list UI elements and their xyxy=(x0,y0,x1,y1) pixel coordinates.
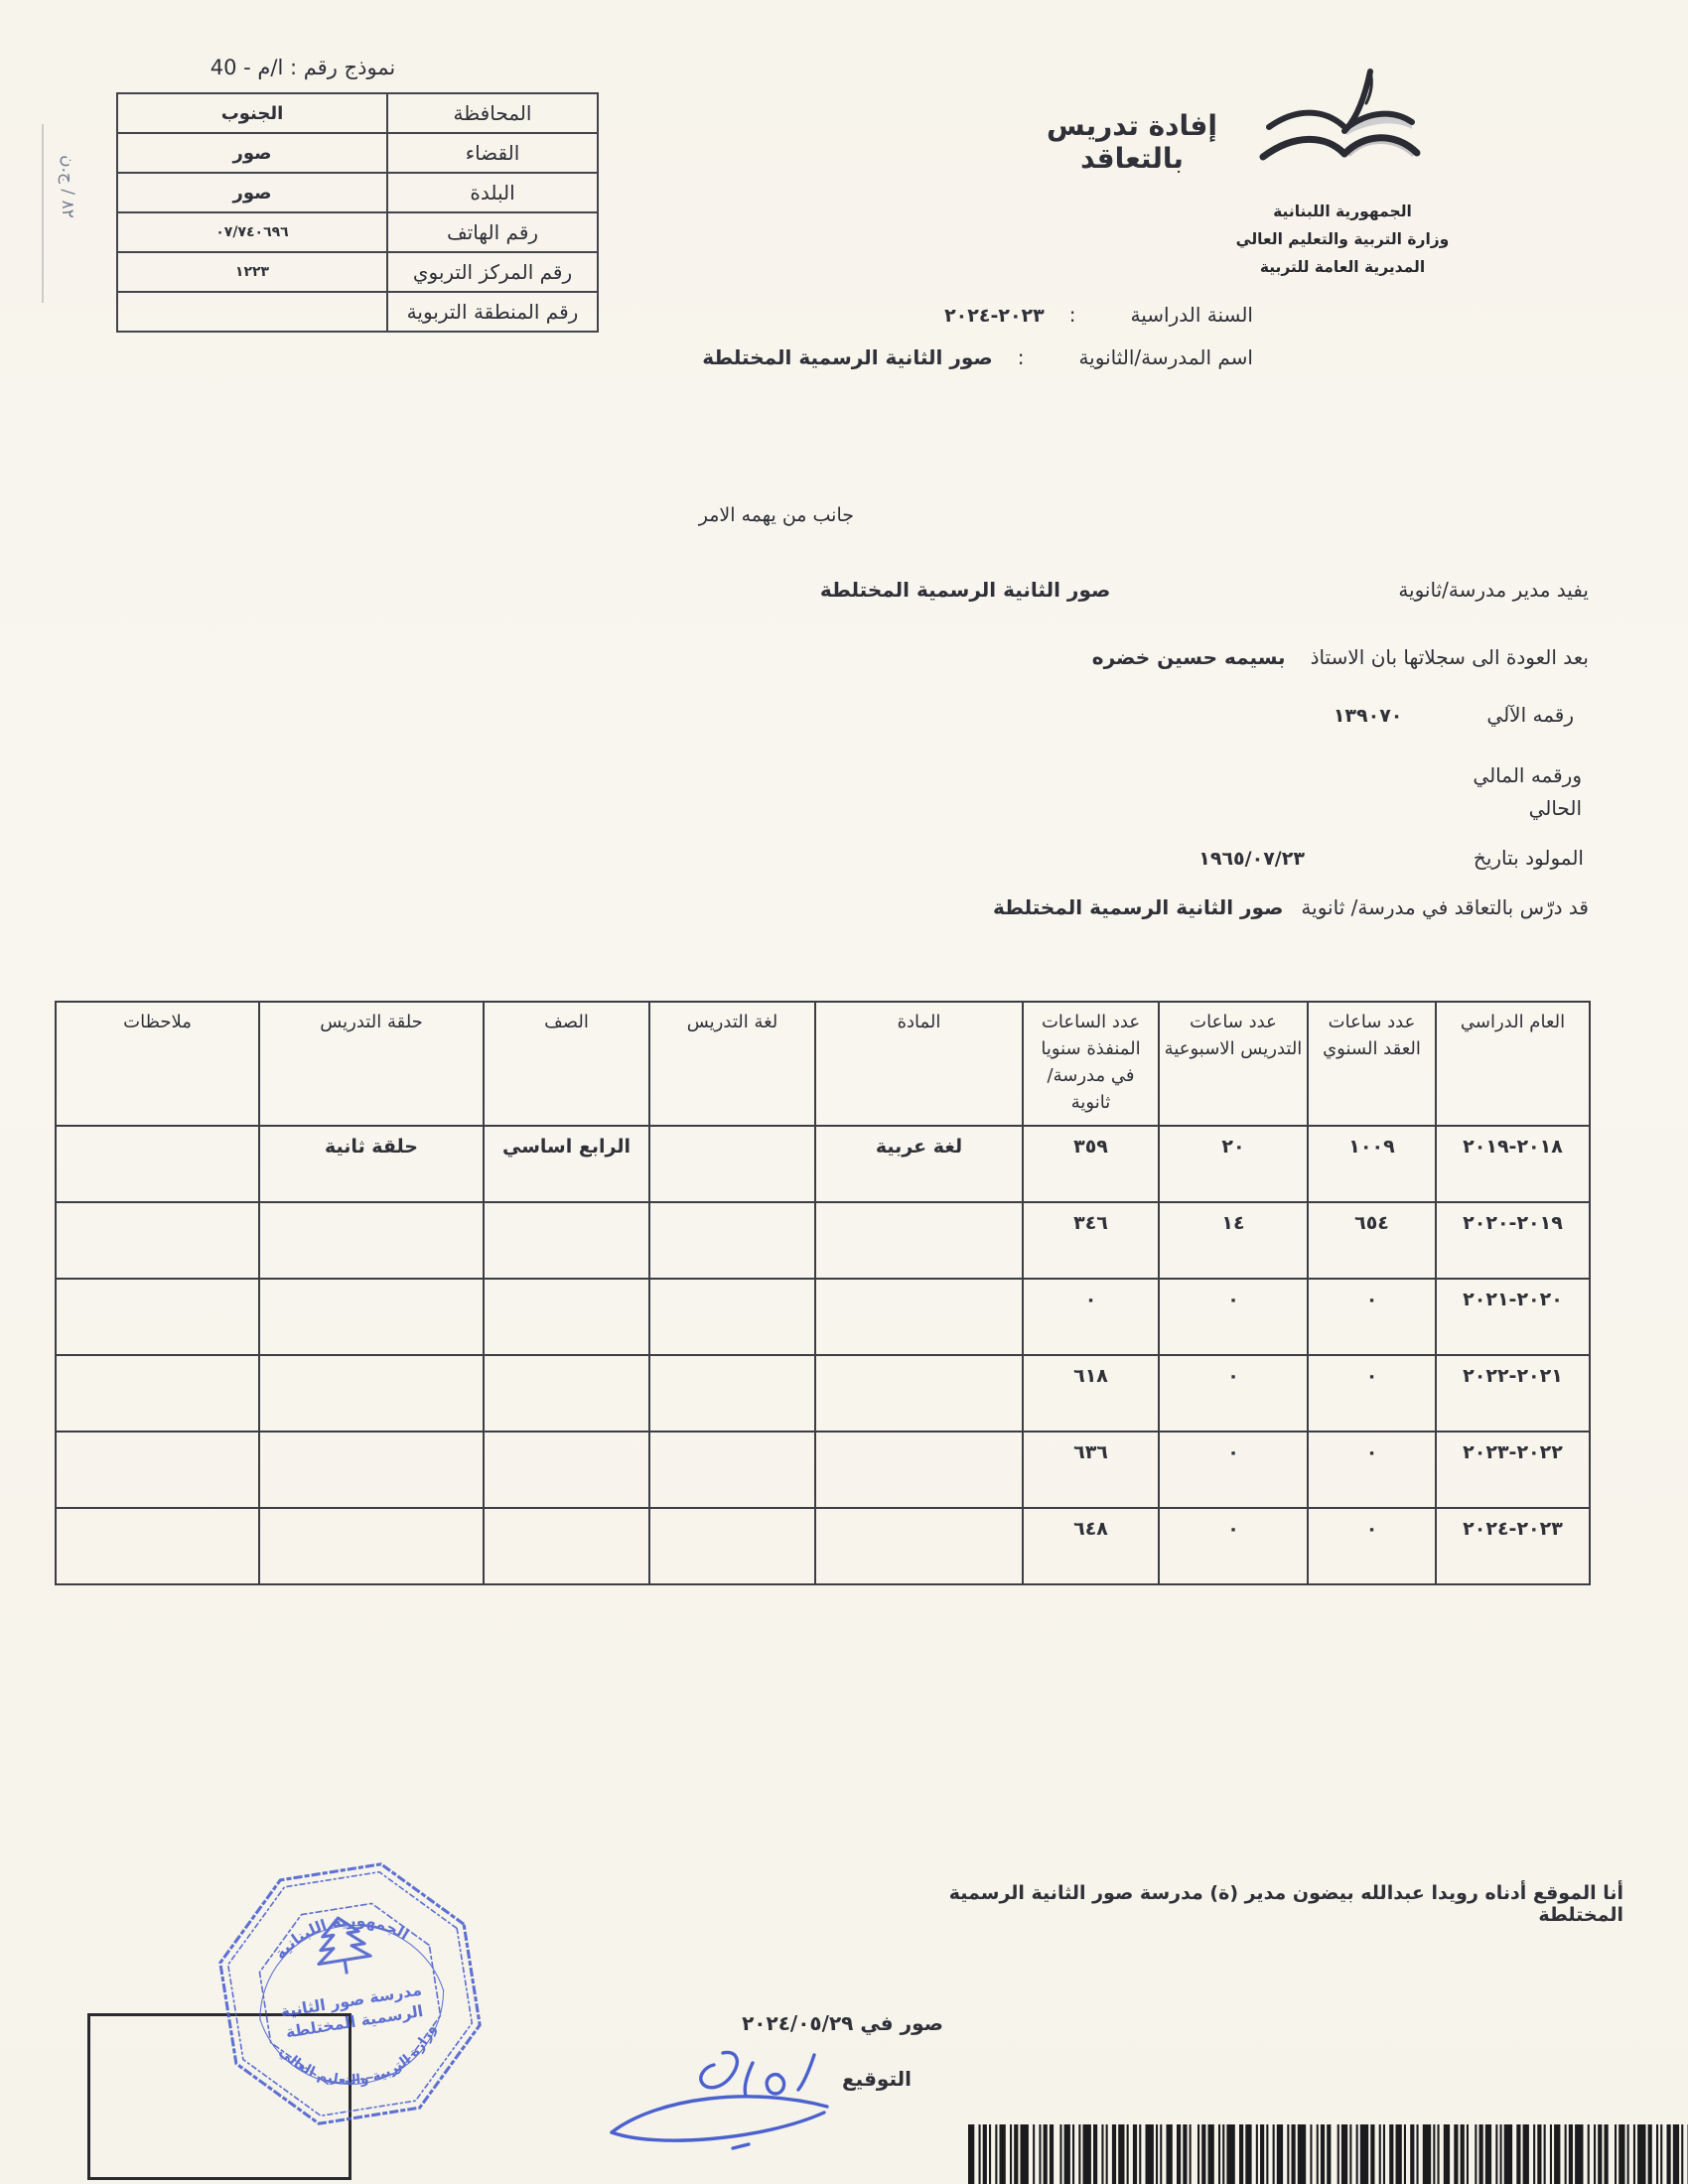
barcode-bar xyxy=(1133,2124,1137,2184)
barcode-bar xyxy=(1379,2124,1381,2184)
scan-artifact-line xyxy=(42,124,44,303)
barcode-bar xyxy=(1588,2124,1590,2184)
handwritten-margin-note: ٨٢ / ج.ن xyxy=(58,139,77,234)
hours-table-cell: ٦٥٤ xyxy=(1308,1202,1436,1279)
barcode-bar xyxy=(1050,2124,1054,2184)
barcode-bar xyxy=(1222,2124,1224,2184)
info-table-row: رقم المنطقة التربوية xyxy=(117,292,598,332)
barcode-bar xyxy=(1433,2124,1435,2184)
hours-table-cell: ٢٠٢٣-٢٠٢٤ xyxy=(1436,1508,1590,1584)
hours-header-cell: العام الدراسي xyxy=(1436,1002,1590,1126)
barcode-bar xyxy=(1310,2124,1312,2184)
financial-label-line1: ورقمه المالي xyxy=(1460,759,1582,792)
form-number: نموذج رقم : ا/م - 40 xyxy=(149,56,457,79)
barcode-bar xyxy=(1504,2124,1512,2184)
hours-table-cell xyxy=(56,1202,259,1279)
barcode-bar xyxy=(1356,2124,1358,2184)
info-table-row: القضاءصور xyxy=(117,133,598,173)
hours-table-cell: ٠ xyxy=(1308,1279,1436,1355)
hours-header-cell: عدد الساعات المنفذة سنويا في مدرسة/ثانوي… xyxy=(1023,1002,1159,1126)
barcode-bar xyxy=(1218,2124,1220,2184)
hours-table-cell xyxy=(259,1355,484,1432)
school-name-line: اسم المدرسة/الثانوية:صور الثانية الرسمية… xyxy=(695,345,1253,369)
certify-line: يفيد مدير مدرسة/ثانويةصور الثانية الرسمي… xyxy=(596,578,1589,602)
directorate-line: المديرية العامة للتربية xyxy=(1223,254,1462,282)
barcode-bar xyxy=(1127,2124,1129,2184)
barcode-bar xyxy=(1554,2124,1560,2184)
octagonal-stamp-icon: الجمهورية اللبنانية مدرسة صور الثانية ال… xyxy=(209,1852,492,2135)
hours-table-cell: ١٤ xyxy=(1159,1202,1308,1279)
info-value-cell: ٠٧/٧٤٠٦٩٦ xyxy=(117,212,387,252)
certify-label: يفيد مدير مدرسة/ثانوية xyxy=(1398,578,1589,602)
barcode-bar xyxy=(1112,2124,1116,2184)
barcode-bar xyxy=(979,2124,981,2184)
barcode-bar xyxy=(1039,2124,1041,2184)
info-table-row: رقم المركز التربوي١٢٢٣ xyxy=(117,252,598,292)
scanned-document-page: نموذج رقم : ا/م - 40 ٨٢ / ج.ن المحافظةال… xyxy=(0,0,1688,2184)
signature-icon xyxy=(584,2037,862,2171)
barcode-bar xyxy=(1389,2124,1393,2184)
hours-header-cell: حلقة التدريس xyxy=(259,1002,484,1126)
hours-table-cell: ٦٤٨ xyxy=(1023,1508,1159,1584)
hours-table-cell: ٠ xyxy=(1159,1508,1308,1584)
barcode-bar xyxy=(1516,2124,1520,2184)
barcode-bar xyxy=(1485,2124,1491,2184)
barcode-bar xyxy=(1226,2124,1234,2184)
barcode-bar xyxy=(1292,2124,1296,2184)
hours-table-cell xyxy=(484,1355,649,1432)
school-stamp: الجمهورية اللبنانية مدرسة صور الثانية ال… xyxy=(209,1852,492,2139)
hours-header-cell: الصف xyxy=(484,1002,649,1126)
open-book-logo-icon xyxy=(1253,66,1422,197)
taught-line: قد درّس بالتعاقد في مدرسة/ ثانويةصور الث… xyxy=(596,895,1589,919)
hours-table-cell: ٢٠٢١-٢٠٢٢ xyxy=(1436,1355,1590,1432)
school-year-label: السنة الدراسية xyxy=(1131,303,1254,327)
auto-number-label: رقمه الآلي xyxy=(1486,703,1574,727)
barcode-bar xyxy=(1349,2124,1351,2184)
info-table-row: رقم الهاتف٠٧/٧٤٠٦٩٦ xyxy=(117,212,598,252)
barcode-bar xyxy=(1317,2124,1319,2184)
barcode-bar xyxy=(1177,2124,1181,2184)
school-name-label: اسم المدرسة/الثانوية xyxy=(1078,345,1253,369)
hours-table-cell: ٠ xyxy=(1023,1279,1159,1355)
barcode-bar xyxy=(1033,2124,1035,2184)
hours-table-cell xyxy=(484,1432,649,1508)
ministry-book-logo xyxy=(1253,66,1422,201)
barcode-bar xyxy=(1569,2124,1573,2184)
republic-line: الجمهورية اللبنانية xyxy=(1223,199,1462,226)
barcode-bar xyxy=(1370,2124,1374,2184)
barcode-bar xyxy=(1139,2124,1141,2184)
hours-table-row: ٢٠١٩-٢٠٢٠٦٥٤١٤٣٤٦ xyxy=(56,1202,1590,1279)
barcode-bar xyxy=(1383,2124,1385,2184)
barcode-bar xyxy=(1475,2124,1477,2184)
hours-table-header-row: العام الدراسيعدد ساعات العقد السنويعدد س… xyxy=(56,1002,1590,1126)
barcode-bar xyxy=(1298,2124,1306,2184)
barcode-bar xyxy=(1201,2124,1205,2184)
hours-table-row: ٢٠٢١-٢٠٢٢٠٠٦١٨ xyxy=(56,1355,1590,1432)
hours-table-row: ٢٠٢٠-٢٠٢١٠٠٠ xyxy=(56,1279,1590,1355)
barcode-bar xyxy=(1118,2124,1124,2184)
barcode-bar xyxy=(1337,2124,1339,2184)
barcode-bar xyxy=(968,2124,974,2184)
info-value-cell: الجنوب xyxy=(117,93,387,133)
hours-table-cell xyxy=(259,1279,484,1355)
barcode-bar xyxy=(1396,2124,1402,2184)
barcode-bar xyxy=(1467,2124,1469,2184)
barcode-bar xyxy=(1010,2124,1012,2184)
barcode-bar xyxy=(1550,2124,1552,2184)
form-number-text: نموذج رقم : ا/م - 40 xyxy=(211,56,396,79)
hours-table-cell xyxy=(815,1508,1023,1584)
to-whom-line: جانب من يهمه الامر xyxy=(675,504,854,526)
info-label-cell: القضاء xyxy=(387,133,598,173)
barcode-bar xyxy=(1059,2124,1061,2184)
document-title: إفادة تدريس بالتعاقد xyxy=(993,109,1271,175)
auto-number-line: رقمه الآلي١٣٩٠٧٠ xyxy=(596,703,1574,727)
barcode-bar xyxy=(1660,2124,1662,2184)
financial-label-line2: الحالي xyxy=(1460,792,1582,825)
info-value-cell: صور xyxy=(117,133,387,173)
hours-table-cell: ٠ xyxy=(1308,1508,1436,1584)
barcode-bar xyxy=(1495,2124,1497,2184)
barcode-bar xyxy=(1523,2124,1529,2184)
hours-table-cell: لغة عربية xyxy=(815,1126,1023,1202)
info-label-cell: رقم الهاتف xyxy=(387,212,598,252)
barcode-bar xyxy=(1083,2124,1091,2184)
barcode-bar xyxy=(1673,2124,1679,2184)
barcode-icon xyxy=(968,2124,1688,2184)
barcode-bar xyxy=(1273,2124,1275,2184)
barcode-bar xyxy=(995,2124,997,2184)
info-label-cell: رقم المنطقة التربوية xyxy=(387,292,598,332)
barcode-bar xyxy=(1183,2124,1187,2184)
info-value-cell: ١٢٢٣ xyxy=(117,252,387,292)
barcode-bar xyxy=(1260,2124,1264,2184)
financial-number-line: ورقمه المالي الحالي xyxy=(1460,759,1582,825)
hours-table-row: ٢٠٢٣-٢٠٢٤٠٠٦٤٨ xyxy=(56,1508,1590,1584)
hours-header-cell: المادة xyxy=(815,1002,1023,1126)
barcode-bar xyxy=(1146,2124,1154,2184)
info-table-row: المحافظةالجنوب xyxy=(117,93,598,133)
taught-school-value: صور الثانية الرسمية المختلطة xyxy=(993,895,1283,919)
school-name-value: صور الثانية الرسمية المختلطة xyxy=(702,345,992,369)
barcode-bar xyxy=(1648,2124,1652,2184)
hours-table-cell xyxy=(259,1202,484,1279)
hours-table-cell xyxy=(815,1355,1023,1432)
barcode-bar xyxy=(1287,2124,1289,2184)
info-value-cell: صور xyxy=(117,173,387,212)
ministry-header-text: الجمهورية اللبنانية وزارة التربية والتعل… xyxy=(1223,199,1462,282)
hours-table-cell xyxy=(484,1202,649,1279)
barcode-bar xyxy=(1461,2124,1465,2184)
barcode-bar xyxy=(1160,2124,1162,2184)
hours-table-cell: ٠ xyxy=(1159,1355,1308,1432)
barcode-bar xyxy=(1341,2124,1347,2184)
hours-table-cell xyxy=(56,1355,259,1432)
barcode-bar xyxy=(1533,2124,1535,2184)
ministry-line: وزارة التربية والتعليم العالي xyxy=(1223,226,1462,254)
barcode-bar xyxy=(1479,2124,1483,2184)
hours-table-cell: ٢٠١٩-٢٠٢٠ xyxy=(1436,1202,1590,1279)
hours-table-cell xyxy=(484,1279,649,1355)
barcode-bar xyxy=(1667,2124,1671,2184)
hours-table-cell xyxy=(649,1126,815,1202)
barcode-bar xyxy=(1321,2124,1325,2184)
barcode-bar xyxy=(1438,2124,1440,2184)
hours-header-cell: ملاحظات xyxy=(56,1002,259,1126)
teacher-name: بسيمه حسين خضره xyxy=(1092,645,1286,669)
barcode-bar xyxy=(1444,2124,1450,2184)
hours-table-cell xyxy=(259,1508,484,1584)
info-label-cell: البلدة xyxy=(387,173,598,212)
barcode-bar xyxy=(1093,2124,1097,2184)
hours-table-cell: ١٠٠٩ xyxy=(1308,1126,1436,1202)
records-line: بعد العودة الى سجلاتها بان الاستاذبسيمه … xyxy=(596,645,1589,669)
barcode-bar xyxy=(1106,2124,1108,2184)
barcode-bar xyxy=(1360,2124,1368,2184)
teaching-hours-table: العام الدراسيعدد ساعات العقد السنويعدد س… xyxy=(55,1001,1591,1585)
barcode-bar xyxy=(1637,2124,1645,2184)
hours-table-cell: ٢٠١٨-٢٠١٩ xyxy=(1436,1126,1590,1202)
hours-table-cell xyxy=(649,1355,815,1432)
barcode xyxy=(968,2124,1688,2184)
barcode-bar xyxy=(1021,2124,1029,2184)
barcode-bar xyxy=(983,2124,987,2184)
hours-table-cell xyxy=(56,1279,259,1355)
hours-table-cell xyxy=(815,1202,1023,1279)
barcode-bar xyxy=(1537,2124,1541,2184)
barcode-bar xyxy=(1245,2124,1251,2184)
hours-table-cell xyxy=(649,1202,815,1279)
barcode-bar xyxy=(1072,2124,1074,2184)
barcode-bar xyxy=(1500,2124,1502,2184)
hours-header-cell: لغة التدريس xyxy=(649,1002,815,1126)
barcode-bar xyxy=(1605,2124,1609,2184)
hours-table-cell: ٠ xyxy=(1159,1279,1308,1355)
declaration-line: أنا الموقع أدناه رويدا عبدالله بيضون مدي… xyxy=(948,1882,1623,1926)
barcode-bar xyxy=(1454,2124,1458,2184)
hours-table-cell: ٠ xyxy=(1159,1432,1308,1508)
auto-number-value: ١٣٩٠٧٠ xyxy=(1334,705,1403,727)
barcode-bar xyxy=(1156,2124,1158,2184)
hours-table-cell: ٢٠٢٢-٢٠٢٣ xyxy=(1436,1432,1590,1508)
barcode-bar xyxy=(1239,2124,1243,2184)
place-date-line: صور في ٢٠٢٤/٠٥/٢٩ xyxy=(725,2011,943,2035)
barcode-bar xyxy=(1575,2124,1583,2184)
barcode-bar xyxy=(1633,2124,1635,2184)
barcode-bar xyxy=(1681,2124,1683,2184)
barcode-bar xyxy=(1044,2124,1048,2184)
barcode-bar xyxy=(1618,2124,1624,2184)
barcode-bar xyxy=(1190,2124,1192,2184)
info-label-cell: المحافظة xyxy=(387,93,598,133)
hours-table-row: ٢٠٢٢-٢٠٢٣٠٠٦٣٦ xyxy=(56,1432,1590,1508)
hours-header-cell: عدد ساعات التدريس الاسبوعية xyxy=(1159,1002,1308,1126)
barcode-bar xyxy=(1656,2124,1658,2184)
barcode-bar xyxy=(1410,2124,1414,2184)
hours-table-cell: ٣٤٦ xyxy=(1023,1202,1159,1279)
barcode-bar xyxy=(1598,2124,1602,2184)
hours-table-cell: الرابع اساسي xyxy=(484,1126,649,1202)
barcode-bar xyxy=(1277,2124,1283,2184)
hours-table-cell xyxy=(259,1432,484,1508)
location-info-table: المحافظةالجنوبالقضاءصورالبلدةصوررقم الها… xyxy=(116,92,599,333)
hours-header-cell: عدد ساعات العقد السنوي xyxy=(1308,1002,1436,1126)
barcode-bar xyxy=(1078,2124,1080,2184)
hours-table-cell: ٠ xyxy=(1308,1432,1436,1508)
barcode-bar xyxy=(1208,2124,1214,2184)
info-table-row: البلدةصور xyxy=(117,173,598,212)
hours-table-cell: ٣٥٩ xyxy=(1023,1126,1159,1202)
barcode-bar xyxy=(1565,2124,1567,2184)
hours-table-cell: ٦١٨ xyxy=(1023,1355,1159,1432)
taught-label: قد درّس بالتعاقد في مدرسة/ ثانوية xyxy=(1301,895,1589,919)
hours-table-cell xyxy=(56,1432,259,1508)
barcode-bar xyxy=(1615,2124,1617,2184)
records-label: بعد العودة الى سجلاتها بان الاستاذ xyxy=(1311,645,1589,669)
hours-table-cell: ٢٠٢٠-٢٠٢١ xyxy=(1436,1279,1590,1355)
hours-table-cell xyxy=(484,1508,649,1584)
barcode-bar xyxy=(1000,2124,1006,2184)
separator-colon: : xyxy=(1069,303,1076,327)
hours-table-cell: ٦٣٦ xyxy=(1023,1432,1159,1508)
hours-table-cell xyxy=(56,1126,259,1202)
school-year-value: ٢٠٢٣-٢٠٢٤ xyxy=(944,305,1045,327)
hours-table-cell xyxy=(815,1279,1023,1355)
barcode-bar xyxy=(1544,2124,1546,2184)
barcode-bar xyxy=(1404,2124,1406,2184)
barcode-bar xyxy=(1627,2124,1629,2184)
hours-table-cell xyxy=(815,1432,1023,1508)
separator-colon: : xyxy=(1018,345,1025,369)
info-label-cell: رقم المركز التربوي xyxy=(387,252,598,292)
birth-value: ١٩٦٥/٠٧/٢٣ xyxy=(1198,848,1305,870)
barcode-bar xyxy=(1423,2124,1431,2184)
barcode-bar xyxy=(1167,2124,1173,2184)
certify-school-value: صور الثانية الرسمية المختلطة xyxy=(820,578,1110,602)
barcode-bar xyxy=(1256,2124,1258,2184)
barcode-bar xyxy=(1101,2124,1103,2184)
hours-table-cell: حلقة ثانية xyxy=(259,1126,484,1202)
barcode-bar xyxy=(1197,2124,1199,2184)
barcode-bar xyxy=(1417,2124,1419,2184)
hours-table-cell: ٢٠ xyxy=(1159,1126,1308,1202)
hours-table-cell xyxy=(649,1432,815,1508)
barcode-bar xyxy=(1266,2124,1268,2184)
barcode-bar xyxy=(1594,2124,1596,2184)
hours-table-cell xyxy=(56,1508,259,1584)
info-value-cell xyxy=(117,292,387,332)
hours-table-row: ٢٠١٨-٢٠١٩١٠٠٩٢٠٣٥٩لغة عربيةالرابع اساسيح… xyxy=(56,1126,1590,1202)
hours-table-cell xyxy=(649,1279,815,1355)
barcode-bar xyxy=(989,2124,991,2184)
hours-table-cell: ٠ xyxy=(1308,1355,1436,1432)
barcode-bar xyxy=(1064,2124,1070,2184)
birth-date-line: المولود بتاريخ١٩٦٥/٠٧/٢٣ xyxy=(596,846,1584,870)
barcode-bar xyxy=(1327,2124,1331,2184)
handwritten-signature xyxy=(584,2037,862,2175)
hours-table-cell xyxy=(649,1508,815,1584)
birth-label: المولود بتاريخ xyxy=(1474,846,1584,870)
barcode-bar xyxy=(1014,2124,1018,2184)
school-year-line: السنة الدراسية:٢٠٢٣-٢٠٢٤ xyxy=(695,303,1253,327)
